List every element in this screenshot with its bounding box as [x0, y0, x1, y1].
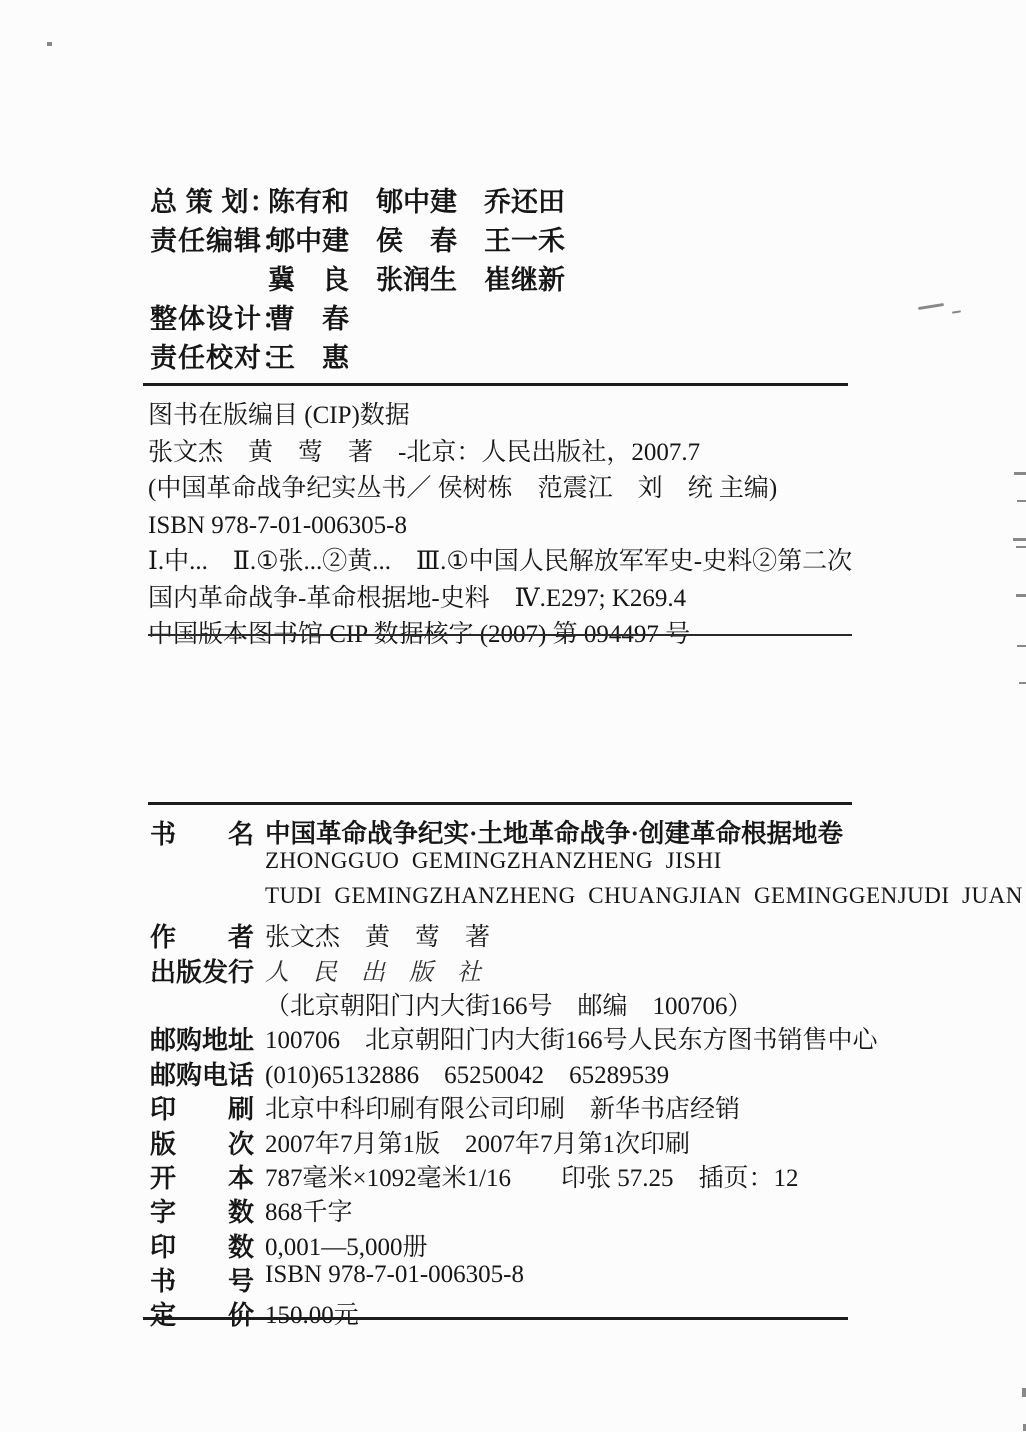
book-isbn: ISBN 978-7-01-006305-8 — [265, 1261, 524, 1289]
print-run: 0,001—5,000册 — [265, 1227, 428, 1263]
format-info: 787毫米×1092毫米1/16 印张 57.25 插页：12 — [265, 1158, 799, 1194]
credit-names: 曹 春 — [268, 297, 349, 336]
cip-classification-line-1: Ⅰ.中... Ⅱ.①张...②黄... Ⅲ.①中国人民解放军军史-史料②第二次 — [148, 544, 868, 581]
field-label: 书 名 — [150, 814, 265, 851]
field-label: 版 次 — [150, 1124, 265, 1161]
colophon-row-print-run: 印 数 0,001—5,000册 — [150, 1227, 890, 1261]
edge-mark — [1019, 682, 1026, 684]
word-count: 868千字 — [265, 1192, 353, 1228]
cip-isbn-line: ISBN 978-7-01-006305-8 — [148, 508, 868, 545]
colophon-row-mail-address: 邮购地址 100706 北京朝阳门内大街166号人民东方图书销售中心 — [150, 1020, 890, 1054]
field-label: 字 数 — [150, 1192, 265, 1229]
printer-info: 北京中科印刷有限公司印刷 新华书店经销 — [265, 1089, 740, 1125]
cip-data-block: 图书在版编目 (CIP)数据 张文杰 黄 莺 著 -北京：人民出版社，2007.… — [148, 398, 868, 654]
pencil-mark — [918, 303, 944, 310]
credit-row: 总 策 划： 陈有和 郇中建 乔还田 — [150, 180, 850, 219]
edge-mark — [1017, 500, 1026, 502]
credit-row: 冀 良 张润生 崔继新 — [150, 258, 850, 297]
edge-mark — [1013, 538, 1026, 541]
credit-row: 责任校对： 王 惠 — [150, 336, 850, 375]
publisher-logotype: 人 民 出 版 社 — [265, 952, 490, 987]
divider-rule-cip-bottom — [148, 634, 852, 636]
colophon-block: 书 名 中国革命战争纪实·土地革命战争·创建革命根据地卷 ZHONGGUO GE… — [150, 814, 890, 1330]
colophon-row-pinyin: TUDI GEMINGZHANZHENG CHUANGJIAN GEMINGGE… — [150, 883, 890, 917]
publisher-address: （北京朝阳门内大街166号 邮编 100706） — [265, 986, 753, 1022]
book-copyright-page: 总 策 划： 陈有和 郇中建 乔还田 责任编辑： 郇中建 侯 春 王一禾 冀 良… — [0, 0, 1026, 1432]
mail-order-address: 100706 北京朝阳门内大街166号人民东方图书销售中心 — [265, 1020, 878, 1056]
colophon-row-publisher-address: （北京朝阳门内大街166号 邮编 100706） — [150, 986, 890, 1020]
divider-rule-top — [143, 383, 848, 386]
credit-names: 王 惠 — [268, 336, 349, 375]
edge-mark — [1014, 472, 1026, 475]
credit-row: 责任编辑： 郇中建 侯 春 王一禾 — [150, 219, 850, 258]
book-title-pinyin-2: TUDI GEMINGZHANZHENG CHUANGJIAN GEMINGGE… — [265, 883, 1023, 909]
credit-label: 责任编辑： — [150, 219, 268, 258]
pencil-mark — [952, 310, 961, 313]
colophon-row-format: 开 本 787毫米×1092毫米1/16 印张 57.25 插页：12 — [150, 1158, 890, 1192]
colophon-row-pinyin: ZHONGGUO GEMINGZHANZHENG JISHI — [150, 848, 890, 882]
edge-mark — [1016, 546, 1026, 548]
credit-names: 郇中建 侯 春 王一禾 — [268, 219, 565, 258]
colophon-row-printer: 印 刷 北京中科印刷有限公司印刷 新华书店经销 — [150, 1089, 890, 1123]
field-label: 定 价 — [150, 1295, 265, 1332]
edge-mark — [1022, 1388, 1026, 1397]
divider-rule-colophon-top — [148, 802, 852, 805]
cip-heading: 图书在版编目 (CIP)数据 — [148, 398, 868, 435]
colophon-row-publisher: 出版发行 人 民 出 版 社 — [150, 952, 890, 986]
field-label: 出版发行 — [150, 952, 265, 989]
field-label: 印 刷 — [150, 1089, 265, 1126]
book-title: 中国革命战争纪实·土地革命战争·创建革命根据地卷 — [265, 814, 843, 850]
credit-names: 冀 良 张润生 崔继新 — [268, 258, 565, 297]
colophon-row-word-count: 字 数 868千字 — [150, 1192, 890, 1226]
price: 150.00元 — [265, 1295, 359, 1331]
edition-info: 2007年7月第1版 2007年7月第1次印刷 — [265, 1124, 690, 1160]
field-label: 作 者 — [150, 917, 265, 954]
book-title-pinyin-1: ZHONGGUO GEMINGZHANZHENG JISHI — [265, 848, 722, 874]
field-label: 邮购地址 — [150, 1020, 265, 1057]
credit-label: 责任校对： — [150, 336, 268, 375]
credit-label: 整体设计： — [150, 297, 268, 336]
edge-mark — [1017, 645, 1026, 647]
colophon-row-author: 作 者 张文杰 黄 莺 著 — [150, 917, 890, 951]
credit-names: 陈有和 郇中建 乔还田 — [268, 180, 565, 219]
field-label: 开 本 — [150, 1158, 265, 1195]
cip-author-line: 张文杰 黄 莺 著 -北京：人民出版社，2007.7 — [148, 435, 868, 472]
edge-mark — [1016, 594, 1026, 597]
cip-classification-line-2: 国内革命战争-革命根据地-史料 Ⅳ.E297; K269.4 — [148, 581, 868, 618]
colophon-row-edition: 版 次 2007年7月第1版 2007年7月第1次印刷 — [150, 1124, 890, 1158]
field-label: 邮购电话 — [150, 1055, 265, 1092]
colophon-row-title: 书 名 中国革命战争纪实·土地革命战争·创建革命根据地卷 — [150, 814, 890, 848]
credits-block: 总 策 划： 陈有和 郇中建 乔还田 责任编辑： 郇中建 侯 春 王一禾 冀 良… — [150, 180, 850, 375]
colophon-row-price: 定 价 150.00元 — [150, 1295, 890, 1329]
colophon-row-mail-phone: 邮购电话 (010)65132886 65250042 65289539 — [150, 1055, 890, 1089]
credit-label: 总 策 划： — [150, 180, 268, 219]
colophon-row-isbn: 书 号 ISBN 978-7-01-006305-8 — [150, 1261, 890, 1295]
author-names: 张文杰 黄 莺 著 — [265, 917, 490, 953]
mail-order-phones: (010)65132886 65250042 65289539 — [265, 1055, 669, 1091]
cip-series-line: (中国革命战争纪实丛书／ 侯树栋 范震江 刘 统 主编) — [148, 471, 868, 508]
divider-rule-bottom — [143, 1317, 848, 1320]
credit-row: 整体设计： 曹 春 — [150, 297, 850, 336]
field-label: 书 号 — [150, 1261, 265, 1298]
scan-speck — [47, 42, 52, 46]
field-label: 印 数 — [150, 1227, 265, 1264]
